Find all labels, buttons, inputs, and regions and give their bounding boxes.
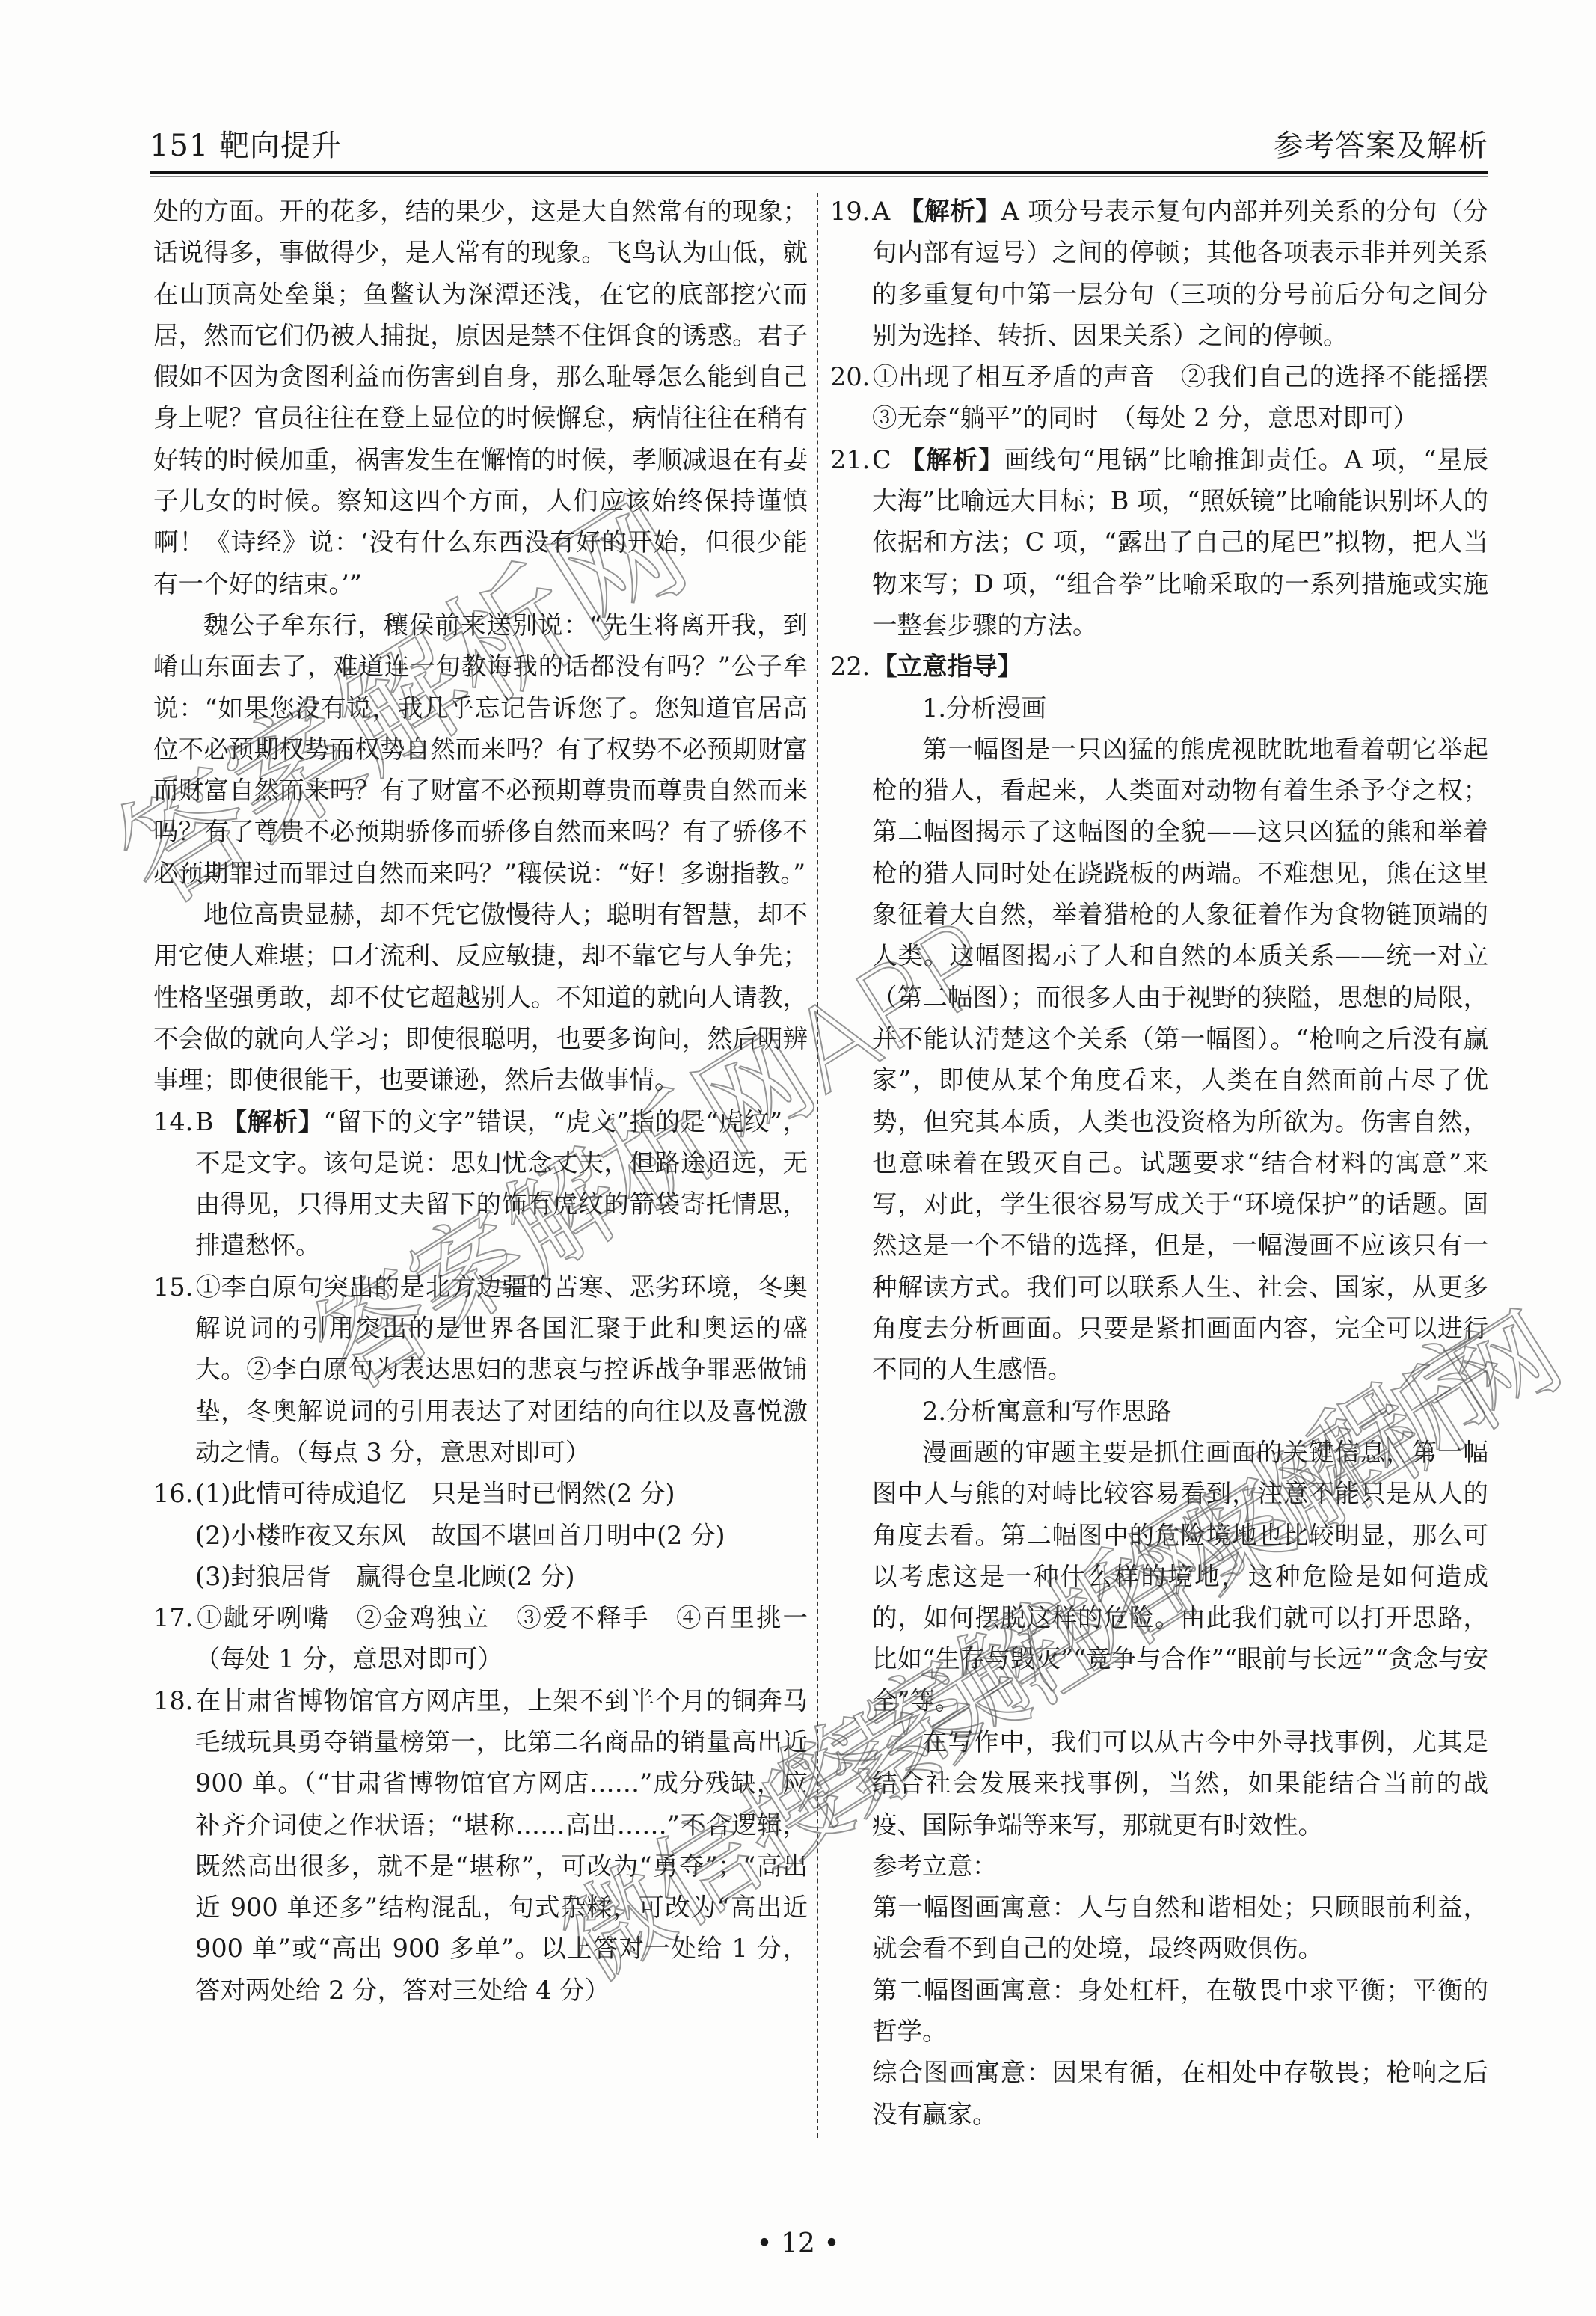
section-2-title: 2.分析寓意和写作思路 bbox=[830, 1391, 1488, 1432]
answer-18: 18.在甘肃省博物馆官方网店里，上架不到半个月的铜奔马毛绒玩具勇夺销量榜第一，比… bbox=[153, 1680, 808, 2011]
question-number: 15. bbox=[153, 1266, 195, 1308]
book-title: 151 靶向提升 bbox=[150, 127, 342, 165]
reference-1: 第一幅图画寓意：人与自然和谐相处；只顾眼前利益，就会看不到自己的处境，最终两败俱… bbox=[830, 1887, 1488, 1970]
section-1-title: 1.分析漫画 bbox=[830, 687, 1488, 729]
question-number: 14. bbox=[153, 1101, 195, 1142]
question-number: 20. bbox=[830, 356, 872, 397]
answer-22: 22.【立意指导】 bbox=[830, 646, 1488, 687]
answer-choice: B bbox=[195, 1107, 214, 1136]
section-2-text-1: 漫画题的审题主要是抓住画面的关键信息，第一幅图中人与熊的对峙比较容易看到，注意不… bbox=[830, 1432, 1488, 1721]
right-column: 19.A 【解析】A 项分号表示复句内部并列关系的分句（分句内部有逗号）之间的停… bbox=[830, 191, 1488, 2135]
answer-16-item-3: (3)封狼居胥 赢得仓皇北顾(2 分) bbox=[153, 1556, 808, 1597]
translation-paragraph-3: 地位高贵显赫，却不凭它傲慢待人；聪明有智慧，却不用它使人难堪；口才流利、反应敏捷… bbox=[153, 894, 808, 1100]
analysis-tag: 【解析】 bbox=[899, 197, 1001, 226]
section-1-text: 第一幅图是一只凶猛的熊虎视眈眈地看着朝它举起枪的猎人，看起来，人类面对动物有着生… bbox=[830, 729, 1488, 1391]
section-2-text-2: 在写作中，我们可以从古今中外寻找事例，尤其是结合社会发展来找事例，当然，如果能结… bbox=[830, 1721, 1488, 1845]
left-column: 处的方面。开的花多，结的果少，这是大自然常有的现象；话说得多，事做得少，是人常有… bbox=[153, 191, 808, 2011]
document-page: 151 靶向提升 参考答案及解析 处的方面。开的花多，结的果少，这是大自然常有的… bbox=[0, 0, 1596, 2316]
answer-17: 17.①龇牙咧嘴 ②金鸡独立 ③爱不释手 ④百里挑一 （每处 1 分，意思对即可… bbox=[153, 1597, 808, 1680]
analysis-tag: 【解析】 bbox=[900, 445, 1004, 474]
column-divider bbox=[817, 193, 818, 2138]
page-number: • 12 • bbox=[0, 2228, 1596, 2261]
answer-16-item-2: (2)小楼昨夜又东风 故国不堪回首月明中(2 分) bbox=[153, 1515, 808, 1556]
answer-text: 在甘肃省博物馆官方网店里，上架不到半个月的铜奔马毛绒玩具勇夺销量榜第一，比第二名… bbox=[195, 1686, 808, 2005]
question-number: 21. bbox=[830, 439, 872, 480]
answer-text: ①出现了相互矛盾的声音 ②我们自己的选择不能摇摆 ③无奈“躺平”的同时 （每处 … bbox=[872, 362, 1514, 432]
answer-19: 19.A 【解析】A 项分号表示复句内部并列关系的分句（分句内部有逗号）之间的停… bbox=[830, 191, 1488, 356]
question-number: 16. bbox=[153, 1473, 195, 1514]
header-rule-thin bbox=[150, 176, 1488, 177]
guidance-tag: 【立意指导】 bbox=[872, 652, 1022, 681]
reference-3: 综合图画寓意：因果有循，在相处中存敬畏；枪响之后没有赢家。 bbox=[830, 2052, 1488, 2135]
answer-choice: A bbox=[872, 197, 890, 226]
answer-item: (1)此情可待成追忆 只是当时已惘然(2 分) bbox=[195, 1479, 675, 1508]
answer-15: 15.①李白原句突出的是北方边疆的苦寒、恶劣环境，冬奥解说词的引用突出的是世界各… bbox=[153, 1266, 808, 1473]
question-number: 17. bbox=[153, 1597, 195, 1638]
translation-paragraph-1: 处的方面。开的花多，结的果少，这是大自然常有的现象；话说得多，事做得少，是人常有… bbox=[153, 191, 808, 604]
page-header: 151 靶向提升 参考答案及解析 bbox=[150, 127, 1488, 172]
reference-title: 参考立意： bbox=[830, 1845, 1488, 1887]
answer-21: 21.C 【解析】画线句“甩锅”比喻推卸责任。A 项，“星辰大海”比喻远大目标；… bbox=[830, 439, 1488, 646]
header-rule bbox=[150, 171, 1488, 174]
reference-2: 第二幅图画寓意：身处杠杆，在敬畏中求平衡；平衡的哲学。 bbox=[830, 1970, 1488, 2053]
analysis-tag: 【解析】 bbox=[222, 1107, 324, 1136]
question-number: 19. bbox=[830, 191, 872, 232]
answer-choice: C bbox=[872, 445, 891, 474]
section-title: 参考答案及解析 bbox=[1274, 127, 1488, 165]
question-number: 18. bbox=[153, 1680, 195, 1721]
answer-text: ①龇牙咧嘴 ②金鸡独立 ③爱不释手 ④百里挑一 （每处 1 分，意思对即可） bbox=[195, 1603, 833, 1673]
answer-text: ①李白原句突出的是北方边疆的苦寒、恶劣环境，冬奥解说词的引用突出的是世界各国汇聚… bbox=[195, 1272, 808, 1467]
question-number: 22. bbox=[830, 646, 872, 687]
translation-paragraph-2: 魏公子牟东行，穰侯前来送别说：“先生将离开我，到崤山东面去了，难道连一句教诲我的… bbox=[153, 604, 808, 894]
answer-20: 20.①出现了相互矛盾的声音 ②我们自己的选择不能摇摆 ③无奈“躺平”的同时 （… bbox=[830, 356, 1488, 439]
answer-16: 16.(1)此情可待成追忆 只是当时已惘然(2 分) bbox=[153, 1473, 808, 1514]
answer-14: 14.B 【解析】“留下的文字”错误，“虎文”指的是“虎纹”，不是文字。该句是说… bbox=[153, 1101, 808, 1266]
